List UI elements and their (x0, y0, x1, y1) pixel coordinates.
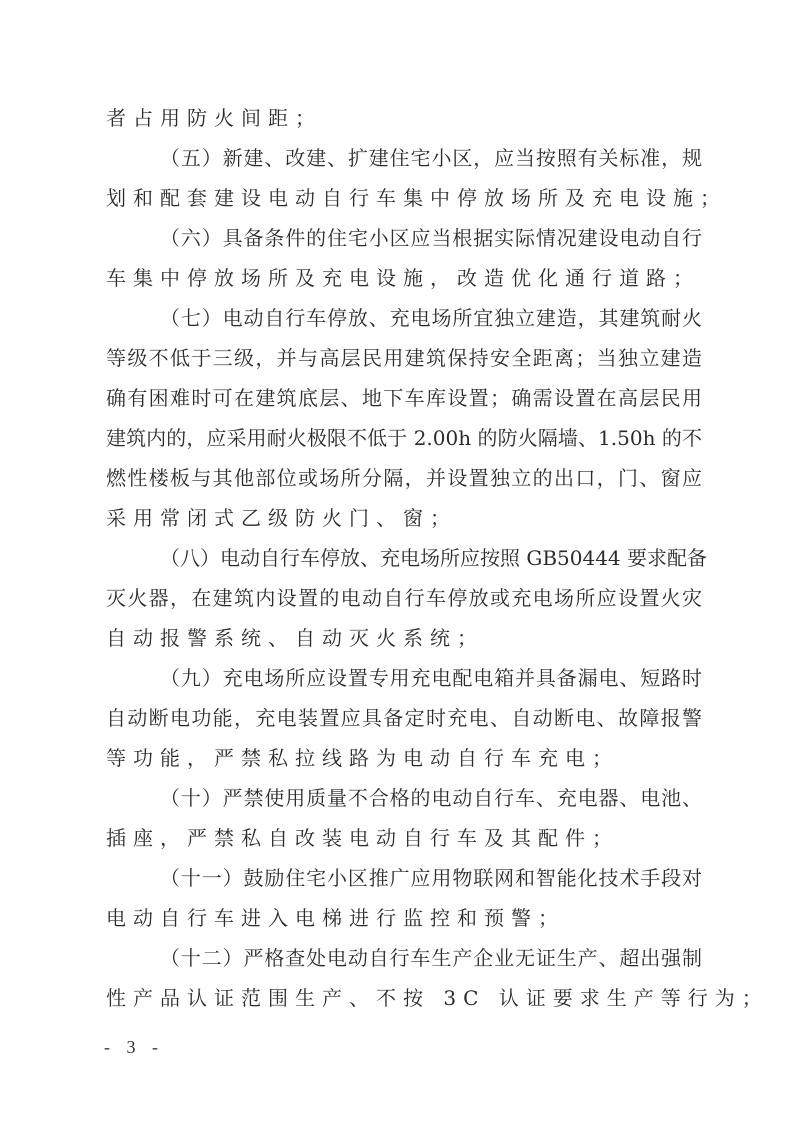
paragraph-line-item-8: （八）电动自行车停放、充电场所应按照 GB50444 要求配备 (106, 538, 702, 578)
paragraph-line-item-11: （十一）鼓励住宅小区推广应用物联网和智能化技术手段对 (106, 858, 702, 898)
paragraph-line: 性产品认证范围生产、不按 3C 认证要求生产等行为； (106, 978, 702, 1018)
paragraph-line-item-12: （十二）严格查处电动自行车生产企业无证生产、超出强制 (106, 938, 702, 978)
paragraph-line: 车集中停放场所及充电设施，改造优化通行道路； (106, 258, 702, 298)
paragraph-line-item-5: （五）新建、改建、扩建住宅小区，应当按照有关标准，规 (106, 138, 702, 178)
paragraph-line: 灭火器，在建筑内设置的电动自行车停放或充电场所应设置火灾 (106, 578, 702, 618)
paragraph-line: 划和配套建设电动自行车集中停放场所及充电设施； (106, 178, 702, 218)
paragraph-line: 采用常闭式乙级防火门、窗； (106, 498, 702, 538)
paragraph-line: 等功能，严禁私拉线路为电动自行车充电； (106, 738, 702, 778)
paragraph-line: 确有困难时可在建筑底层、地下车库设置；确需设置在高层民用 (106, 378, 702, 418)
paragraph-line: 自动断电功能，充电装置应具备定时充电、自动断电、故障报警 (106, 698, 702, 738)
paragraph-line-item-7: （七）电动自行车停放、充电场所宜独立建造，其建筑耐火 (106, 298, 702, 338)
document-body: 者占用防火间距； （五）新建、改建、扩建住宅小区，应当按照有关标准，规 划和配套… (106, 98, 702, 1018)
paragraph-line-item-10: （十）严禁使用质量不合格的电动自行车、充电器、电池、 (106, 778, 702, 818)
paragraph-line-item-6: （六）具备条件的住宅小区应当根据实际情况建设电动自行 (106, 218, 702, 258)
paragraph-line: 燃性楼板与其他部位或场所分隔，并设置独立的出口，门、窗应 (106, 458, 702, 498)
paragraph-line: 等级不低于三级，并与高层民用建筑保持安全距离；当独立建造 (106, 338, 702, 378)
paragraph-line: 插座，严禁私自改装电动自行车及其配件； (106, 818, 702, 858)
paragraph-line: 者占用防火间距； (106, 98, 702, 138)
paragraph-line: 电动自行车进入电梯进行监控和预警； (106, 898, 702, 938)
paragraph-line: 自动报警系统、自动灭火系统； (106, 618, 702, 658)
paragraph-line: 建筑内的，应采用耐火极限不低于 2.00h 的防火隔墙、1.50h 的不 (106, 418, 702, 458)
page-number: - 3 - (104, 1037, 164, 1058)
paragraph-line-item-9: （九）充电场所应设置专用充电配电箱并具备漏电、短路时 (106, 658, 702, 698)
document-page: 者占用防火间距； （五）新建、改建、扩建住宅小区，应当按照有关标准，规 划和配套… (0, 0, 793, 1122)
